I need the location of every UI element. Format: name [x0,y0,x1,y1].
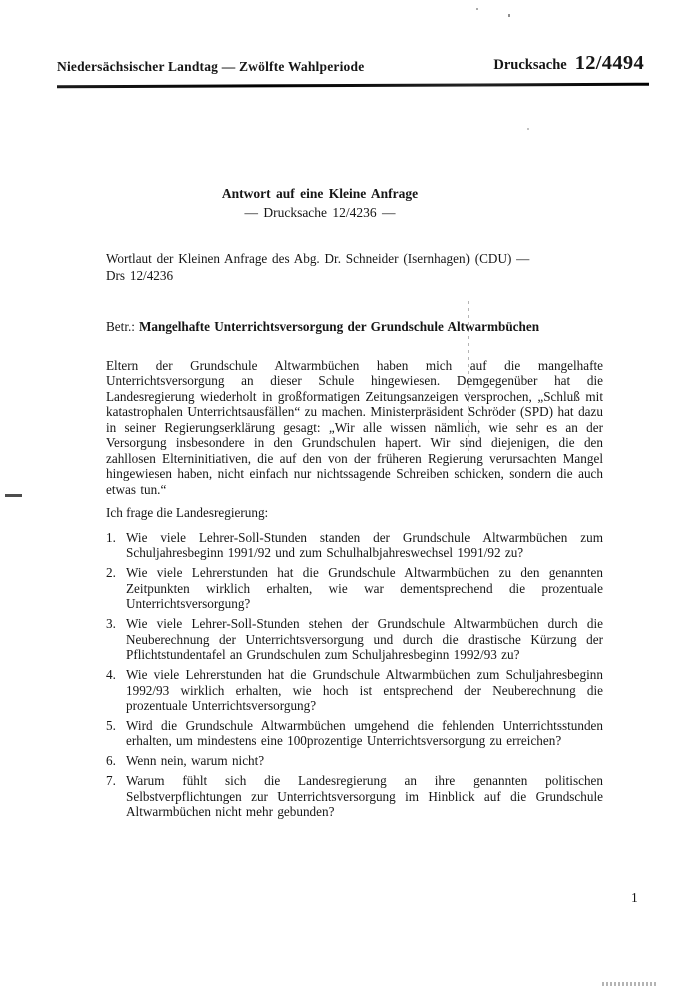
header-parliament-title: Niedersächsischer Landtag — Zwölfte Wahl… [57,59,364,75]
document-title-block: Antwort auf eine Kleine Anfrage — Drucks… [70,186,570,221]
document-title-reference: — Drucksache 12/4236 — [70,205,570,221]
document-page: Niedersächsischer Landtag — Zwölfte Wahl… [0,0,700,990]
request-source-block: Wortlaut der Kleinen Anfrage des Abg. Dr… [106,251,611,284]
question-item-1: 1. Wie viele Lehrer-Soll-Stunden standen… [106,530,603,561]
question-number: 5. [106,718,116,733]
question-item-4: 4. Wie viele Lehrerstunden hat die Grund… [106,667,603,713]
left-margin-mark [5,494,22,497]
request-source-line1: Wortlaut der Kleinen Anfrage des Abg. Dr… [106,251,611,268]
print-code-smudge [602,982,658,986]
subject-text: Mangelhafte Unterrichtsversorgung der Gr… [135,319,539,334]
header-document-reference: Drucksache 12/4494 [493,52,644,75]
question-text: Wird die Grundschule Altwarmbüchen umgeh… [126,718,603,748]
header-divider-rule [57,83,649,89]
document-title: Antwort auf eine Kleine Anfrage [70,186,570,202]
page-number: 1 [631,890,638,906]
question-number: 1. [106,530,116,545]
request-source-line2: Drs 12/4236 [106,268,611,285]
question-intro: Ich frage die Landesregierung: [106,505,603,521]
question-item-5: 5. Wird die Grundschule Altwarmbüchen um… [106,718,603,749]
subject-line: Betr.:Mangelhafte Unterrichtsversorgung … [106,319,611,335]
question-text: Wie viele Lehrer-Soll-Stunden stehen der… [126,616,603,662]
introduction-paragraph: Eltern der Grundschule Altwarmbüchen hab… [106,358,603,497]
question-text: Warum fühlt sich die Landesregierung an … [126,773,603,819]
question-number: 6. [106,753,116,768]
question-item-7: 7. Warum fühlt sich die Landesregierung … [106,773,603,819]
question-item-3: 3. Wie viele Lehrer-Soll-Stunden stehen … [106,616,603,662]
question-text: Wie viele Lehrerstunden hat die Grundsch… [126,667,603,713]
question-item-6: 6. Wenn nein, warum nicht? [106,753,603,768]
scan-speck [476,8,478,10]
question-number: 4. [106,667,116,682]
subject-label: Betr.: [106,319,135,334]
question-text: Wenn nein, warum nicht? [126,753,264,768]
scan-crease-line [468,301,469,457]
scan-speck [527,128,529,130]
drucksache-label: Drucksache [493,57,566,74]
question-text: Wie viele Lehrerstunden hat die Grundsch… [126,565,603,611]
question-number: 3. [106,616,116,631]
question-number: 7. [106,773,116,788]
scan-speck [508,14,510,17]
question-number: 2. [106,565,116,580]
drucksache-number: 12/4494 [575,52,644,75]
question-list: 1. Wie viele Lehrer-Soll-Stunden standen… [106,530,603,824]
question-item-2: 2. Wie viele Lehrerstunden hat die Grund… [106,565,603,611]
question-text: Wie viele Lehrer-Soll-Stunden standen de… [126,530,603,560]
